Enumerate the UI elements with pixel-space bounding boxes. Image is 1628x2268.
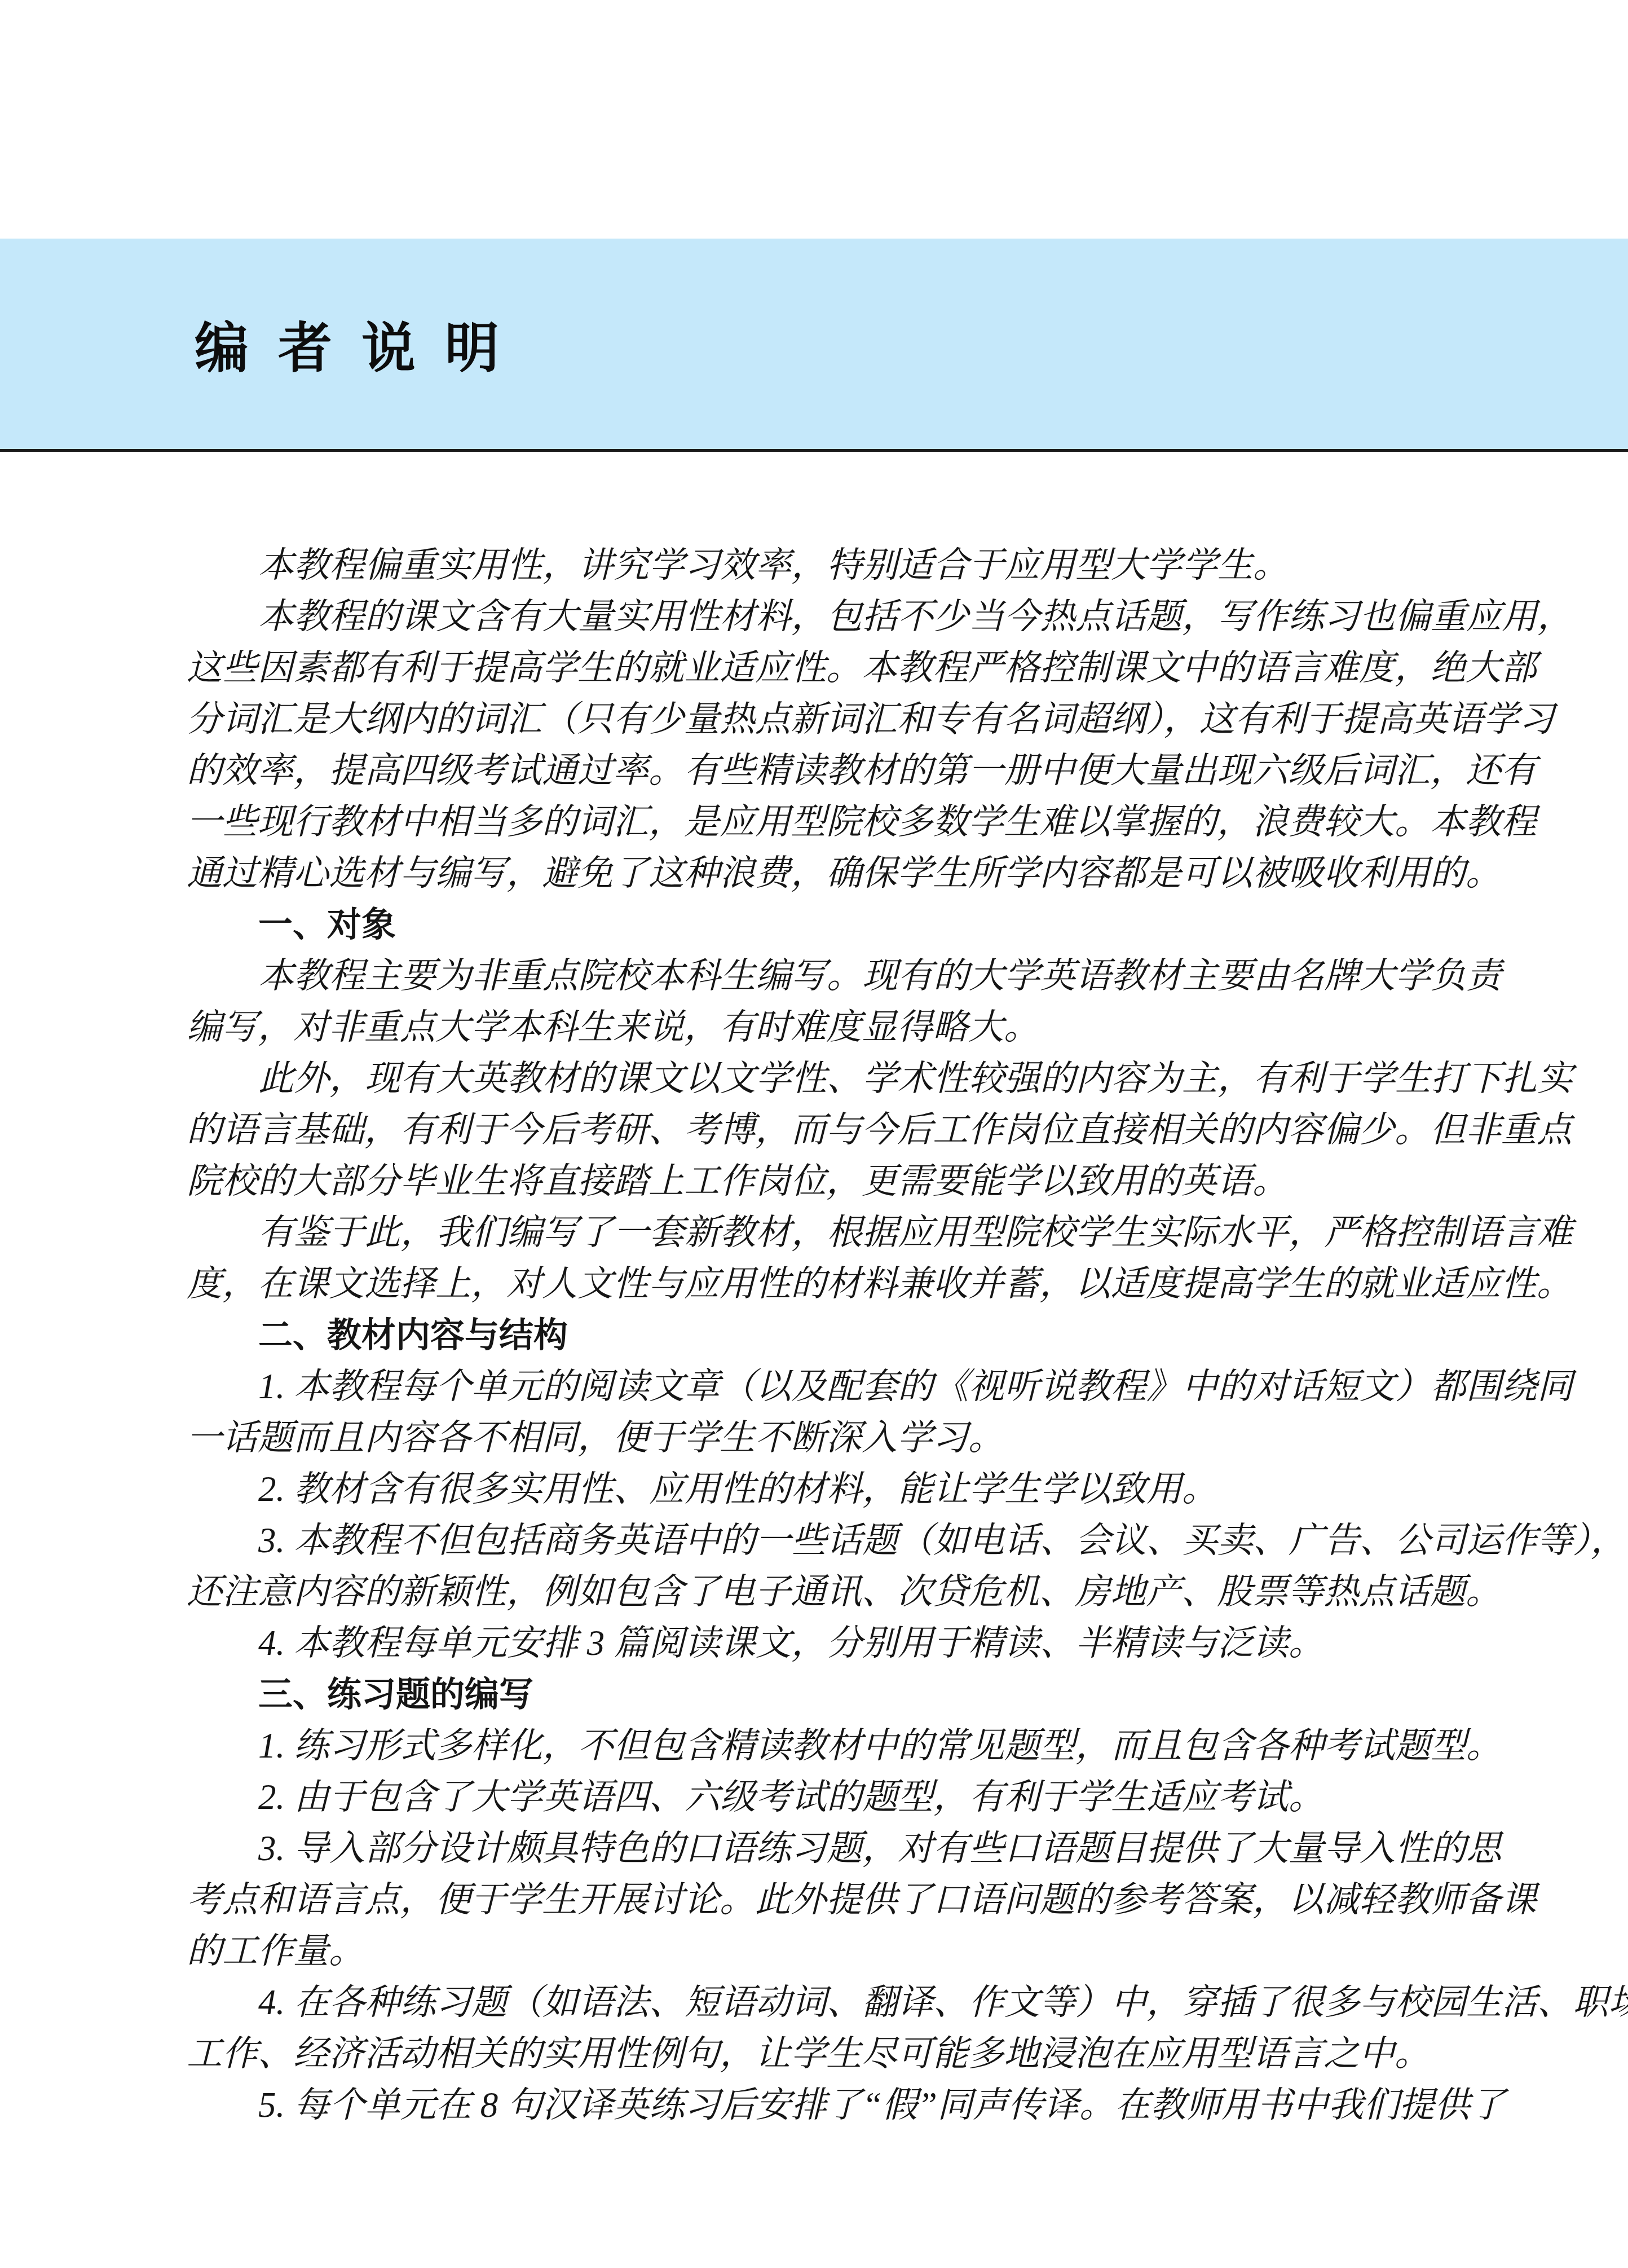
text-line: 1. 练习形式多样化，不但包含精读教材中的常见题型，而且包含各种考试题型。 [187, 1720, 1450, 1772]
text-line: 3. 本教程不但包括商务英语中的一些话题（如电话、会议、买卖、广告、公司运作等）… [187, 1515, 1450, 1566]
section-heading: 三、练习题的编写 [187, 1669, 1450, 1720]
text-line: 2. 由于包含了大学英语四、六级考试的题型，有利于学生适应考试。 [187, 1772, 1450, 1823]
text-line: 4. 本教程每单元安排 3 篇阅读课文，分别用于精读、半精读与泛读。 [187, 1618, 1450, 1669]
section-heading: 二、教材内容与结构 [187, 1310, 1450, 1361]
text-line: 的效率，提高四级考试通过率。有些精读教材的第一册中便大量出现六级后词汇，还有 [187, 745, 1450, 796]
text-line: 度，在课文选择上，对人文性与应用性的材料兼收并蓄，以适度提高学生的就业适应性。 [187, 1258, 1450, 1310]
text-line: 3. 导入部分设计颇具特色的口语练习题，对有些口语题目提供了大量导入性的思 [187, 1823, 1450, 1874]
text-line: 通过精心选材与编写，避免了这种浪费，确保学生所学内容都是可以被吸收利用的。 [187, 848, 1450, 899]
text-line: 5. 每个单元在 8 句汉译英练习后安排了“假”同声传译。在教师用书中我们提供了 [187, 2080, 1450, 2131]
text-line: 一话题而且内容各不相同，便于学生不断深入学习。 [187, 1412, 1450, 1464]
text-line: 的语言基础，有利于今后考研、考博，而与今后工作岗位直接相关的内容偏少。但非重点 [187, 1104, 1450, 1156]
text-line: 4. 在各种练习题（如语法、短语动词、翻译、作文等）中，穿插了很多与校园生活、职… [187, 1977, 1450, 2028]
text-line: 院校的大部分毕业生将直接踏上工作岗位，更需要能学以致用的英语。 [187, 1156, 1450, 1207]
text-line: 还注意内容的新颖性，例如包含了电子通讯、次贷危机、房地产、股票等热点话题。 [187, 1566, 1450, 1618]
text-line: 分词汇是大纲内的词汇（只有少量热点新词汇和专有名词超纲），这有利于提高英语学习 [187, 694, 1450, 745]
text-line: 本教程偏重实用性，讲究学习效率，特别适合于应用型大学学生。 [187, 540, 1450, 591]
text-line: 考点和语言点，便于学生开展讨论。此外提供了口语问题的参考答案，以减轻教师备课 [187, 1874, 1450, 1926]
book-page: 编 者 说 明 本教程偏重实用性，讲究学习效率，特别适合于应用型大学学生。本教程… [0, 0, 1628, 2268]
title-band: 编 者 说 明 [0, 239, 1628, 452]
body-text: 本教程偏重实用性，讲究学习效率，特别适合于应用型大学学生。本教程的课文含有大量实… [187, 540, 1450, 2131]
text-line: 的工作量。 [187, 1926, 1450, 1977]
text-line: 一些现行教材中相当多的词汇，是应用型院校多数学生难以掌握的，浪费较大。本教程 [187, 796, 1450, 848]
text-line: 1. 本教程每个单元的阅读文章（以及配套的《视听说教程》中的对话短文）都围绕同 [187, 1361, 1450, 1412]
text-line: 这些因素都有利于提高学生的就业适应性。本教程严格控制课文中的语言难度，绝大部 [187, 642, 1450, 694]
text-line: 本教程主要为非重点院校本科生编写。现有的大学英语教材主要由名牌大学负责 [187, 950, 1450, 1002]
text-line: 2. 教材含有很多实用性、应用性的材料，能让学生学以致用。 [187, 1464, 1450, 1515]
text-line: 工作、经济活动相关的实用性例句，让学生尽可能多地浸泡在应用型语言之中。 [187, 2028, 1450, 2080]
text-line: 有鉴于此，我们编写了一套新教材，根据应用型院校学生实际水平，严格控制语言难 [187, 1207, 1450, 1258]
page-title: 编 者 说 明 [0, 305, 507, 382]
text-line: 编写，对非重点大学本科生来说，有时难度显得略大。 [187, 1002, 1450, 1053]
section-heading: 一、对象 [187, 899, 1450, 950]
text-line: 本教程的课文含有大量实用性材料，包括不少当今热点话题，写作练习也偏重应用， [187, 591, 1450, 642]
text-line: 此外，现有大英教材的课文以文学性、学术性较强的内容为主，有利于学生打下扎实 [187, 1053, 1450, 1104]
